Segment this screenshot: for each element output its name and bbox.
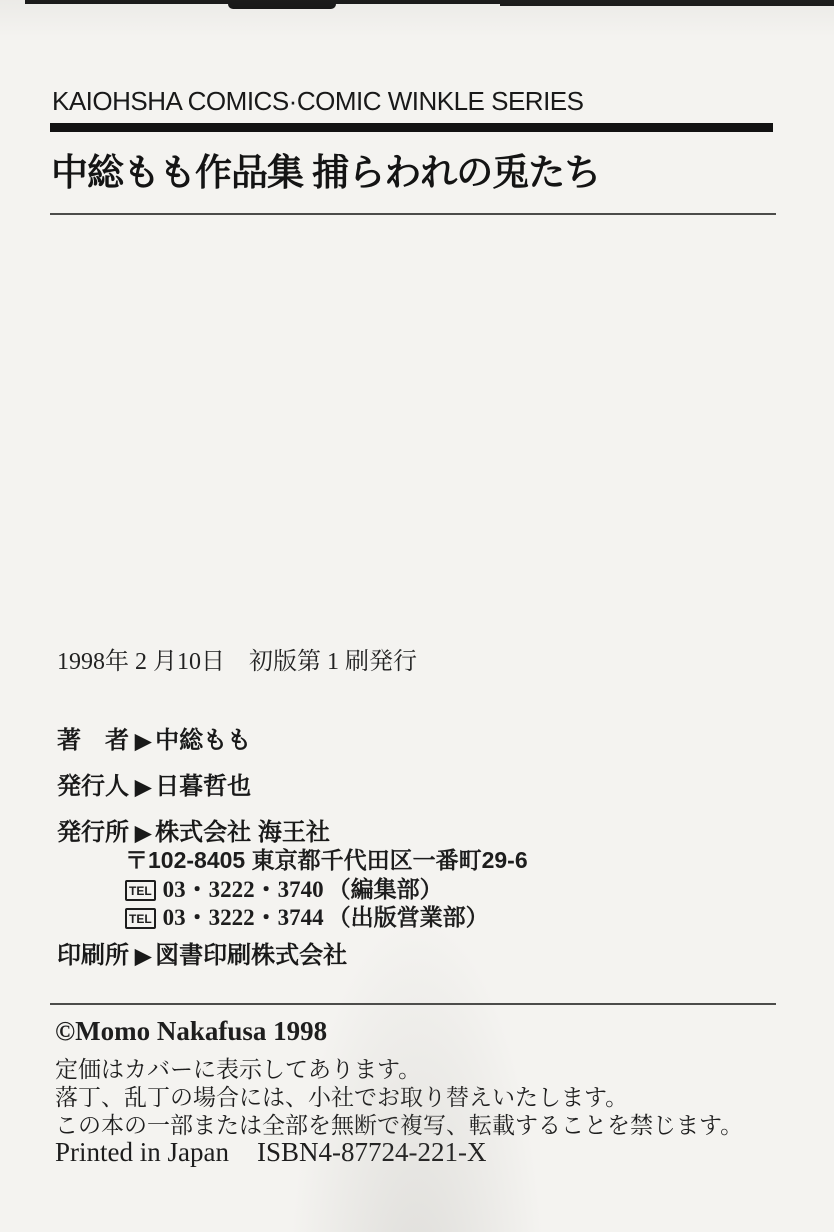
arrow-icon: ▶: [135, 729, 151, 754]
tel-icon: TEL: [125, 908, 156, 929]
footer-rule: [50, 1003, 776, 1005]
title-rule: [50, 213, 776, 215]
author-label: 著 者: [57, 727, 129, 754]
series-divider-bar: [50, 123, 773, 132]
publisher-person-label: 発行人: [57, 773, 129, 800]
arrow-icon: ▶: [135, 775, 151, 800]
scan-edge-blob-artifact: [228, 0, 336, 9]
printed-in-japan-line: Printed in JapanISBN4-87724-221-X: [55, 1137, 486, 1168]
scan-edge-right-artifact: [500, 0, 834, 6]
copyright-line: ©Momo Nakafusa 1998: [55, 1016, 327, 1047]
arrow-icon: ▶: [135, 944, 151, 969]
publisher-person-row: 発行人▶日暮哲也: [57, 766, 251, 801]
reproduction-note: この本の一部または全部を無断で複写、転載することを禁じます。: [55, 1107, 743, 1140]
publisher-person-value: 日暮哲也: [155, 773, 251, 800]
printed-in-label: Printed in Japan: [55, 1137, 229, 1167]
book-title: 中総もも作品集 捕らわれの兎たち: [51, 142, 600, 196]
tel-sales-number: 03・3222・3744: [163, 905, 324, 930]
tel-sales-line: TEL03・3222・3744（出版営業部）: [125, 899, 489, 932]
author-row: 著 者▶中総もも: [57, 720, 251, 755]
author-value: 中総もも: [155, 727, 251, 754]
isbn-number: ISBN4-87724-221-X: [257, 1137, 487, 1167]
colophon-page: KAIOHSHA COMICS·COMIC WINKLE SERIES 中総もも…: [0, 0, 834, 1232]
publisher-label: 発行所: [57, 819, 129, 846]
tel-icon: TEL: [125, 880, 156, 901]
tel-sales-dept: （出版営業部）: [328, 904, 489, 930]
printer-value: 図書印刷株式会社: [155, 942, 347, 969]
series-header: KAIOHSHA COMICS·COMIC WINKLE SERIES: [52, 86, 583, 117]
printer-row: 印刷所▶図書印刷株式会社: [57, 935, 347, 970]
edition-date-line: 1998年 2 月10日 初版第 1 刷発行: [57, 641, 417, 676]
printer-label: 印刷所: [57, 942, 129, 969]
